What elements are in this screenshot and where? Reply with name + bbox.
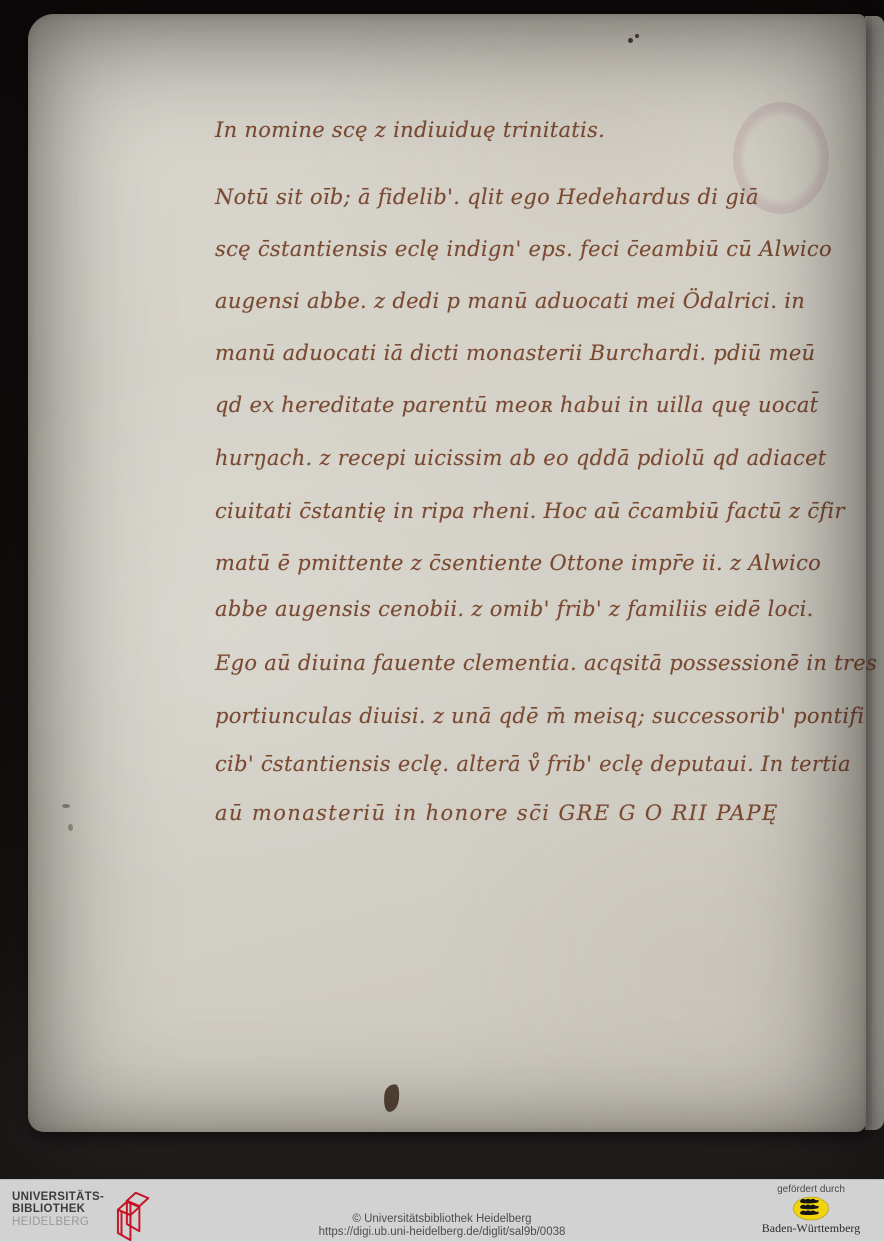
ink-dot bbox=[628, 38, 633, 43]
manuscript-line: In nomine scę z indiuiduę trinitatis. bbox=[215, 118, 605, 142]
image-url: https://digi.ub.uni-heidelberg.de/diglit… bbox=[319, 1226, 566, 1239]
ub-logo-line2: BIBLIOTHEK bbox=[12, 1203, 104, 1215]
manuscript-line: matū ē pmittente z c̄sentiente Ottone im… bbox=[215, 551, 821, 575]
ub-logo-text: UNIVERSITÄTS- BIBLIOTHEK HEIDELBERG bbox=[12, 1189, 104, 1242]
manuscript-page: In nomine scę z indiuiduę trinitatis. No… bbox=[28, 14, 866, 1132]
footer-bar: UNIVERSITÄTS- BIBLIOTHEK HEIDELBERG © Un… bbox=[0, 1179, 884, 1242]
ink-dot bbox=[635, 34, 639, 38]
manuscript-line: abbe augensis cenobii. z omib' frib' z f… bbox=[215, 597, 814, 621]
stain-speck bbox=[68, 824, 73, 831]
funding-label: gefördert durch bbox=[746, 1184, 876, 1195]
funding-block: gefördert durch Baden-Württemberg bbox=[746, 1184, 876, 1236]
copyright-text: © Universitätsbibliothek Heidelberg bbox=[319, 1213, 566, 1226]
bw-coat-of-arms-icon bbox=[792, 1196, 830, 1221]
stain-speck bbox=[62, 804, 70, 808]
manuscript-line: Notū sit oīb; ā fidelib'. qlit ego Hedeh… bbox=[215, 185, 759, 209]
manuscript-line: augensi abbe. z dedi p manū aduocati mei… bbox=[215, 289, 805, 313]
manuscript-line: hurŋach. z recepi uicissim ab eo qddā pd… bbox=[215, 446, 827, 470]
ub-logo-line1: UNIVERSITÄTS- bbox=[12, 1191, 104, 1203]
ub-heidelberg-logo: UNIVERSITÄTS- BIBLIOTHEK HEIDELBERG bbox=[12, 1189, 159, 1242]
manuscript-line: portiunculas diuisi. z unā qdē m̄ meisq;… bbox=[215, 704, 865, 728]
manuscript-line: cib' c̄stantiensis eclę. alterā v̊ frib'… bbox=[215, 752, 851, 776]
ub-books-icon bbox=[109, 1189, 159, 1242]
ub-logo-line3: HEIDELBERG bbox=[12, 1216, 104, 1228]
manuscript-line: ciuitati c̄stantię in ripa rheni. Hoc aū… bbox=[215, 499, 845, 523]
manuscript-line: aū monasteriū in honore sc̄i GRE G O RII… bbox=[215, 801, 779, 825]
manuscript-line: qd ex hereditate parentū meoʀ habui in u… bbox=[215, 393, 818, 417]
digitized-page-photo: In nomine scę z indiuiduę trinitatis. No… bbox=[0, 0, 884, 1242]
ink-blot bbox=[382, 1083, 401, 1113]
image-credit: © Universitätsbibliothek Heidelberg http… bbox=[319, 1213, 566, 1239]
manuscript-line: scę c̄stantiensis eclę indign' eps. feci… bbox=[215, 237, 832, 261]
bw-region-name: Baden-Württemberg bbox=[746, 1221, 876, 1236]
manuscript-line: manū aduocati iā dicti monasterii Burcha… bbox=[215, 341, 815, 365]
manuscript-line: Ego aū diuina fauente clementia. acqsitā… bbox=[215, 651, 877, 675]
